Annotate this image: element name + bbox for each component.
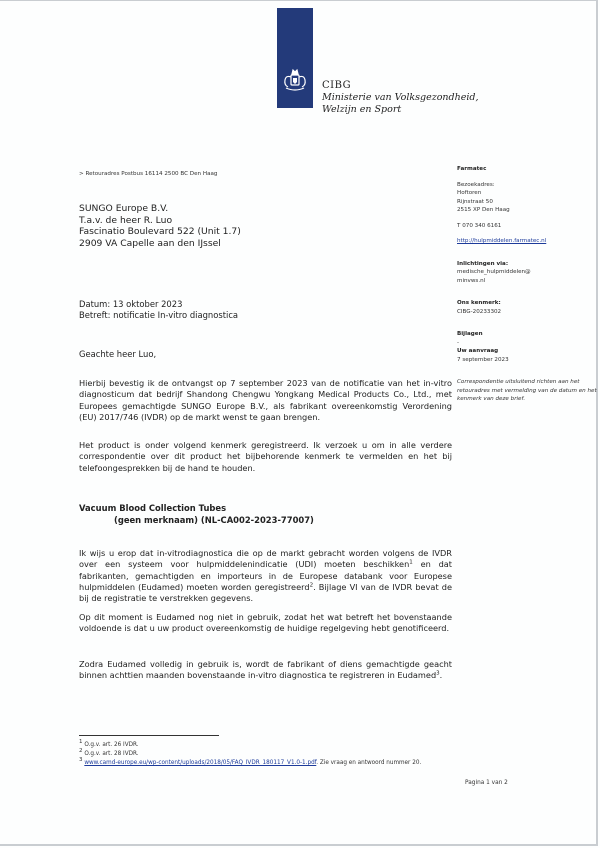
paragraph-eudamed-future: Zodra Eudamed volledig in gebruik is, wo… [79,659,452,682]
reference-label: Ons kenmerk: [457,299,597,308]
paragraph-confirmation: Hierbij bevestig ik de ontvangst op 7 se… [79,378,452,423]
product-detail: (geen merknaam) (NL-CA002-2023-77007) [79,515,314,527]
paragraph-reference: Het product is onder volgend kenmerk ger… [79,440,452,474]
footnote-text: . Zie vraag en antwoord nummer 20. [316,760,421,766]
department-name: Farmatec [457,165,597,174]
footnote-text: O.g.v. art. 26 IVDR. [84,742,138,748]
phone-number: T 070 340 6161 [457,222,597,231]
ministry-line-1: Ministerie van Volksgezondheid, [322,92,479,104]
recipient-line: T.a.v. de heer R. Luo [79,215,241,227]
request-label: Uw aanvraag [457,347,597,356]
website-link[interactable]: http://hulpmiddelen.farmatec.nl [457,238,546,244]
salutation: Geachte heer Luo, [79,349,156,359]
camd-faq-link[interactable]: www.camd-europe.eu/wp-content/uploads/20… [84,760,316,766]
letter-meta: Datum: 13 oktober 2023 Betreft: notifica… [79,299,238,322]
sidebar-contact: Farmatec Bezoekadres: Hoftoren Rijnstraa… [457,165,597,404]
attachments-label: Bijlagen [457,330,597,339]
visit-line: Rijnstraat 50 [457,198,597,207]
text-span: Ik wijs u erop dat in-vitrodiagnostica d… [79,548,452,569]
footnote-number: 2 [79,748,83,754]
paragraph-udi: Ik wijs u erop dat in-vitrodiagnostica d… [79,548,452,604]
correspondence-note: Correspondentie uitsluitend richten aan … [457,378,597,404]
recipient-line: Fascinatio Boulevard 522 (Unit 1.7) [79,226,241,238]
page-number: Pagina 1 van 2 [465,780,508,786]
text-span: . [440,670,443,680]
logo-bar [277,8,313,108]
logo-text: CIBG Ministerie van Volksgezondheid, Wel… [322,80,479,116]
footnote-number: 1 [79,739,83,745]
footnote-number: 3 [79,758,83,764]
visit-label: Bezoekadres: [457,181,597,190]
info-email-line[interactable]: minvws.nl [457,277,597,286]
text-span: Zodra Eudamed volledig in gebruik is, wo… [79,659,452,680]
paragraph-eudamed-status: Op dit moment is Eudamed nog niet in geb… [79,612,452,635]
footnote-divider [79,735,219,736]
info-label: Inlichtingen via: [457,260,597,269]
recipient-line: SUNGO Europe B.V. [79,203,241,215]
reference-value: CIBG-20233302 [457,308,597,317]
footnote-1: 1 O.g.v. art. 26 IVDR. [79,741,459,750]
product-registration: Vacuum Blood Collection Tubes (geen merk… [79,503,314,526]
ministry-line-2: Welzijn en Sport [322,104,479,116]
visit-line: 2515 XP Den Haag [457,206,597,215]
footnote-2: 2 O.g.v. art. 28 IVDR. [79,750,459,759]
product-name: Vacuum Blood Collection Tubes [79,503,314,515]
footnotes: 1 O.g.v. art. 26 IVDR. 2 O.g.v. art. 28 … [79,741,459,769]
letter-subject: Betreft: notificatie In-vitro diagnostic… [79,310,238,321]
recipient-address: SUNGO Europe B.V. T.a.v. de heer R. Luo … [79,203,241,249]
info-email-line[interactable]: medische_hulpmiddelen@ [457,268,597,277]
request-value: 7 september 2023 [457,356,597,365]
letter-date: Datum: 13 oktober 2023 [79,299,238,310]
coat-of-arms-icon [281,68,309,94]
return-address: > Retouradres Postbus 16114 2500 BC Den … [79,171,217,177]
org-name: CIBG [322,80,479,92]
footnote-text: O.g.v. art. 28 IVDR. [84,751,138,757]
attachments-value: - [457,339,597,348]
recipient-line: 2909 VA Capelle aan den IJssel [79,238,241,250]
footnote-3: 3 www.camd-europe.eu/wp-content/uploads/… [79,759,459,768]
visit-line: Hoftoren [457,189,597,198]
